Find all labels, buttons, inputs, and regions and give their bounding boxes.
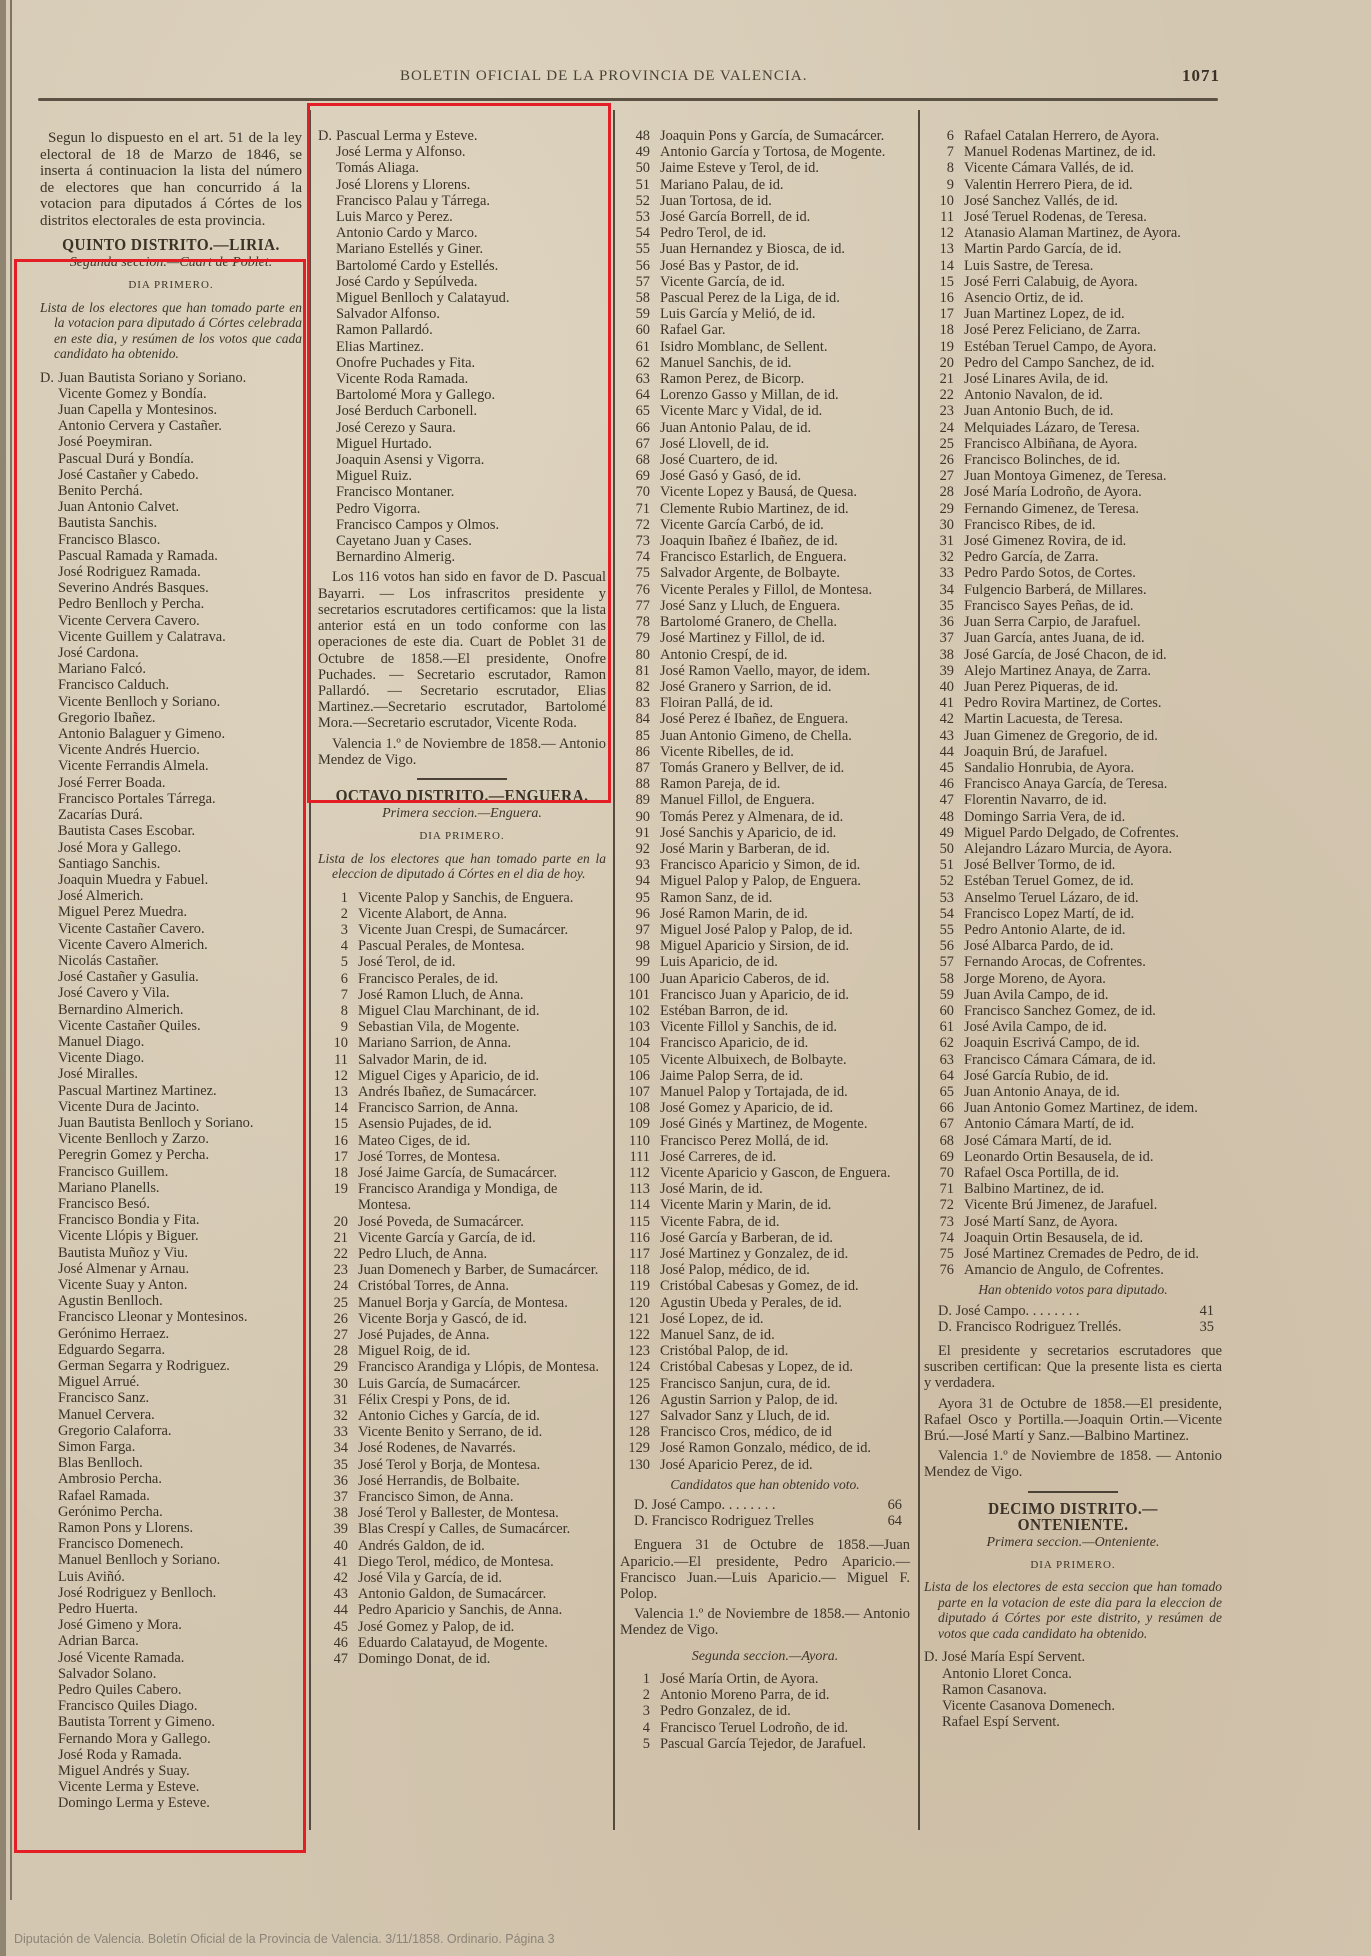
list-item: 66Juan Antonio Palau, de id. bbox=[620, 420, 910, 436]
elector-number: 91 bbox=[620, 825, 650, 841]
elector-number: 66 bbox=[924, 1100, 954, 1116]
elector-number: 49 bbox=[620, 144, 650, 160]
list-item: 54Pedro Terol, de id. bbox=[620, 225, 910, 241]
elector-number: 60 bbox=[924, 1003, 954, 1019]
elector-number: 23 bbox=[318, 1262, 348, 1278]
list-item: 105Vicente Albuixech, de Bolbayte. bbox=[620, 1052, 910, 1068]
list-item: 125Francisco Sanjun, cura, de id. bbox=[620, 1376, 910, 1392]
list-item: 41Pedro Rovira Martinez, de Cortes. bbox=[924, 695, 1222, 711]
list-item: 93Francisco Aparicio y Simon, de id. bbox=[620, 857, 910, 873]
intro-paragraph: Segun lo dispuesto en el art. 51 de la l… bbox=[40, 130, 302, 229]
list-item: 67José Llovell, de id. bbox=[620, 436, 910, 452]
list-item: 38José García, de José Chacon, de id. bbox=[924, 647, 1222, 663]
list-item: 81José Ramon Vaello, mayor, de idem. bbox=[620, 663, 910, 679]
elector-number: 55 bbox=[620, 241, 650, 257]
list-item: 84José Perez é Ibañez, de Enguera. bbox=[620, 711, 910, 727]
elector-number: 41 bbox=[318, 1554, 348, 1570]
elector-number: 109 bbox=[620, 1116, 650, 1132]
list-item: 50Jaime Esteve y Terol, de id. bbox=[620, 160, 910, 176]
elector-number: 119 bbox=[620, 1278, 650, 1294]
elector-number: 17 bbox=[318, 1149, 348, 1165]
list-item: 95Ramon Sanz, de id. bbox=[620, 890, 910, 906]
list-item: 47Florentin Navarro, de id. bbox=[924, 792, 1222, 808]
candidate-row: D. José Campo. . . . . . . .66 bbox=[634, 1497, 910, 1513]
elector-number: 105 bbox=[620, 1052, 650, 1068]
list-item: 83Floiran Pallá, de id. bbox=[620, 695, 910, 711]
list-item: 6Francisco Perales, de id. bbox=[318, 971, 606, 987]
list-item: 22Pedro Lluch, de Anna. bbox=[318, 1246, 606, 1262]
list-item: 9Sebastian Vila, de Mogente. bbox=[318, 1019, 606, 1035]
elector-number: 81 bbox=[620, 663, 650, 679]
elector-number: 68 bbox=[924, 1133, 954, 1149]
list-item: 127Salvador Sanz y Lluch, de id. bbox=[620, 1408, 910, 1424]
elector-number: 29 bbox=[318, 1359, 348, 1375]
list-item: 63Francisco Cámara Cámara, de id. bbox=[924, 1052, 1222, 1068]
list-item: 69José Gasó y Gasó, de id. bbox=[620, 468, 910, 484]
elector-number: 37 bbox=[924, 630, 954, 646]
list-item: 45Sandalio Honrubia, de Ayora. bbox=[924, 760, 1222, 776]
list-item: 29Fernando Gimenez, de Teresa. bbox=[924, 501, 1222, 517]
list-item: 104Francisco Aparicio, de id. bbox=[620, 1035, 910, 1051]
list-item: 59Luis García y Melió, de id. bbox=[620, 306, 910, 322]
elector-number: 13 bbox=[318, 1084, 348, 1100]
list-item: 80Antonio Crespí, de id. bbox=[620, 647, 910, 663]
highlight-box-quinto-col2 bbox=[307, 103, 611, 803]
column-divider bbox=[918, 110, 920, 1830]
elector-number: 53 bbox=[924, 890, 954, 906]
list-item: 13Martin Pardo García, de id. bbox=[924, 241, 1222, 257]
list-item: 61Isidro Momblanc, de Sellent. bbox=[620, 339, 910, 355]
candidate-name: D. José Campo. . . . . . . . bbox=[634, 1497, 776, 1513]
elector-number: 68 bbox=[620, 452, 650, 468]
elector-number: 7 bbox=[924, 144, 954, 160]
candidates-heading: Candidatos que han obtenido voto. bbox=[620, 1477, 910, 1493]
elector-number: 19 bbox=[318, 1181, 348, 1197]
elector-number: 62 bbox=[620, 355, 650, 371]
list-item: 103Vicente Fillol y Sanchis, de id. bbox=[620, 1019, 910, 1035]
elector-number: 84 bbox=[620, 711, 650, 727]
list-item: 90Tomás Perez y Almenara, de id. bbox=[620, 809, 910, 825]
elector-number: 47 bbox=[318, 1651, 348, 1667]
list-item: 34José Rodenes, de Navarrés. bbox=[318, 1440, 606, 1456]
list-item: 75José Martinez Cremades de Pedro, de id… bbox=[924, 1246, 1222, 1262]
list-item: 37Juan García, antes Juana, de id. bbox=[924, 630, 1222, 646]
elector-number: 111 bbox=[620, 1149, 650, 1165]
list-item: 119Cristóbal Cabesas y Gomez, de id. bbox=[620, 1278, 910, 1294]
elector-number: 41 bbox=[924, 695, 954, 711]
list-item: 64José García Rubio, de id. bbox=[924, 1068, 1222, 1084]
list-item: 74Francisco Estarlich, de Enguera. bbox=[620, 549, 910, 565]
elector-number: 22 bbox=[318, 1246, 348, 1262]
elector-number: 3 bbox=[318, 922, 348, 938]
day-heading: DIA PRIMERO. bbox=[318, 828, 606, 844]
elector-number: 8 bbox=[318, 1003, 348, 1019]
column-3: 48Joaquin Pons y García, de Sumacárcer.4… bbox=[620, 118, 910, 1752]
list-item: 36Juan Serra Carpio, de Jarafuel. bbox=[924, 614, 1222, 630]
elector-number: 118 bbox=[620, 1262, 650, 1278]
elector-number: 59 bbox=[620, 306, 650, 322]
elector-number: 44 bbox=[924, 744, 954, 760]
elector-number: 10 bbox=[318, 1035, 348, 1051]
list-item: 5Pascual García Tejedor, de Jarafuel. bbox=[620, 1736, 910, 1752]
list-item: 68José Cuartero, de id. bbox=[620, 452, 910, 468]
elector-number: 38 bbox=[924, 647, 954, 663]
elector-number: 59 bbox=[924, 987, 954, 1003]
list-item: 23Juan Domenech y Barber, de Sumacárcer. bbox=[318, 1262, 606, 1278]
list-item: 60Rafael Gar. bbox=[620, 322, 910, 338]
elector-number: 87 bbox=[620, 760, 650, 776]
elector-number: 74 bbox=[620, 549, 650, 565]
list-item: Ramon Casanova. bbox=[924, 1682, 1222, 1698]
elector-number: 70 bbox=[620, 484, 650, 500]
list-item: 35José Terol y Borja, de Montesa. bbox=[318, 1457, 606, 1473]
elector-number: 52 bbox=[620, 193, 650, 209]
list-item: 109José Ginés y Martinez, de Mogente. bbox=[620, 1116, 910, 1132]
list-item: 68José Cámara Martí, de id. bbox=[924, 1133, 1222, 1149]
elector-number: 27 bbox=[924, 468, 954, 484]
list-item: 17Juan Martinez Lopez, de id. bbox=[924, 306, 1222, 322]
elector-number: 26 bbox=[924, 452, 954, 468]
elector-number: 9 bbox=[924, 177, 954, 193]
list-item: 96José Ramon Marin, de id. bbox=[620, 906, 910, 922]
elector-number: 55 bbox=[924, 922, 954, 938]
elector-number: 7 bbox=[318, 987, 348, 1003]
elector-number: 69 bbox=[620, 468, 650, 484]
list-item: 65Vicente Marc y Vidal, de id. bbox=[620, 403, 910, 419]
elector-number: 107 bbox=[620, 1084, 650, 1100]
elector-number: 18 bbox=[318, 1165, 348, 1181]
elector-number: 5 bbox=[318, 954, 348, 970]
candidate-votes: D. José Campo. . . . . . . .66D. Francis… bbox=[634, 1497, 910, 1529]
elector-number: 122 bbox=[620, 1327, 650, 1343]
list-item: Antonio Lloret Conca. bbox=[924, 1666, 1222, 1682]
elector-number: 123 bbox=[620, 1343, 650, 1359]
list-item: 121José Lopez, de id. bbox=[620, 1311, 910, 1327]
elector-number: 20 bbox=[318, 1214, 348, 1230]
list-item: 8Miguel Clau Marchinant, de id. bbox=[318, 1003, 606, 1019]
elector-number: 45 bbox=[924, 760, 954, 776]
elector-number: 28 bbox=[924, 484, 954, 500]
list-item: 17José Torres, de Montesa. bbox=[318, 1149, 606, 1165]
list-item: 52Estéban Teruel Gomez, de id. bbox=[924, 873, 1222, 889]
list-item: 9Valentin Herrero Piera, de id. bbox=[924, 177, 1222, 193]
list-item: 67Antonio Cámara Martí, de id. bbox=[924, 1116, 1222, 1132]
list-item: 51Mariano Palau, de id. bbox=[620, 177, 910, 193]
elector-number: 58 bbox=[620, 290, 650, 306]
elector-number: 19 bbox=[924, 339, 954, 355]
elector-number: 114 bbox=[620, 1197, 650, 1213]
elector-number: 70 bbox=[924, 1165, 954, 1181]
elector-number: 46 bbox=[924, 776, 954, 792]
candidate-name: D. Francisco Rodriguez Trelles bbox=[634, 1513, 814, 1529]
elector-number: 9 bbox=[318, 1019, 348, 1035]
list-item: 42José Vila y García, de id. bbox=[318, 1570, 606, 1586]
list-item: 15Asensio Pujades, de id. bbox=[318, 1116, 606, 1132]
elector-number: 73 bbox=[620, 533, 650, 549]
elector-number: 97 bbox=[620, 922, 650, 938]
elector-number: 71 bbox=[924, 1181, 954, 1197]
list-item: D.José María Espí Servent. bbox=[924, 1649, 1222, 1665]
list-item: 30Luis García, de Sumacárcer. bbox=[318, 1376, 606, 1392]
candidate-row: D. José Campo. . . . . . . .41 bbox=[938, 1303, 1222, 1319]
elector-number: 16 bbox=[318, 1133, 348, 1149]
elector-number: 50 bbox=[924, 841, 954, 857]
candidates-heading: Han obtenido votos para diputado. bbox=[924, 1282, 1222, 1298]
elector-number: 32 bbox=[924, 549, 954, 565]
certification: El presidente y secretarios escrutadores… bbox=[924, 1343, 1222, 1392]
list-item: 82José Granero y Sarrion, de id. bbox=[620, 679, 910, 695]
elector-number: 99 bbox=[620, 954, 650, 970]
elector-number: 14 bbox=[924, 258, 954, 274]
list-item: 37Francisco Simon, de Anna. bbox=[318, 1489, 606, 1505]
elector-number: 37 bbox=[318, 1489, 348, 1505]
elector-number: 88 bbox=[620, 776, 650, 792]
list-item: 39Blas Crespí y Calles, de Sumacárcer. bbox=[318, 1521, 606, 1537]
elector-number: 12 bbox=[924, 225, 954, 241]
elector-number: 117 bbox=[620, 1246, 650, 1262]
signature: Valencia 1.º de Noviembre de 1858. — Ant… bbox=[924, 1448, 1222, 1480]
list-item: 53José García Borrell, de id. bbox=[620, 209, 910, 225]
candidate-votes-count: 66 bbox=[888, 1497, 902, 1513]
list-item: 76Amancio de Angulo, de Cofrentes. bbox=[924, 1262, 1222, 1278]
list-item: 11José Teruel Rodenas, de Teresa. bbox=[924, 209, 1222, 225]
list-item: 43Juan Gimenez de Gregorio, de id. bbox=[924, 728, 1222, 744]
list-item: 52Juan Tortosa, de id. bbox=[620, 193, 910, 209]
elector-number: 21 bbox=[924, 371, 954, 387]
list-item: 15José Ferri Calabuig, de Ayora. bbox=[924, 274, 1222, 290]
vote-summary: Enguera 31 de Octubre de 1858.—Juan Apar… bbox=[620, 1537, 910, 1602]
list-item: 18José Perez Feliciano, de Zarra. bbox=[924, 322, 1222, 338]
list-item: 113José Marin, de id. bbox=[620, 1181, 910, 1197]
list-item: 124Cristóbal Cabesas y Lopez, de id. bbox=[620, 1359, 910, 1375]
list-item: 107Manuel Palop y Tortajada, de id. bbox=[620, 1084, 910, 1100]
elector-number: 21 bbox=[318, 1230, 348, 1246]
page-header: BOLETIN OFICIAL DE LA PROVINCIA DE VALEN… bbox=[40, 66, 1220, 90]
elector-number: 79 bbox=[620, 630, 650, 646]
list-item: 60Francisco Sanchez Gomez, de id. bbox=[924, 1003, 1222, 1019]
list-description: Lista de los electores de esta seccion q… bbox=[924, 1579, 1222, 1641]
list-item: 5José Terol, de id. bbox=[318, 954, 606, 970]
elector-number: 67 bbox=[620, 436, 650, 452]
list-item: 56José Bas y Pastor, de id. bbox=[620, 258, 910, 274]
column-divider bbox=[613, 110, 615, 1830]
elector-number: 103 bbox=[620, 1019, 650, 1035]
elector-number: 29 bbox=[924, 501, 954, 517]
list-item: 87Tomás Granero y Bellver, de id. bbox=[620, 760, 910, 776]
list-item: 3Vicente Juan Crespi, de Sumacárcer. bbox=[318, 922, 606, 938]
list-item: 100Juan Aparicio Caberos, de id. bbox=[620, 971, 910, 987]
list-item: 50Alejandro Lázaro Murcia, de Ayora. bbox=[924, 841, 1222, 857]
list-item: 2Vicente Alabort, de Anna. bbox=[318, 906, 606, 922]
elector-number: 4 bbox=[318, 938, 348, 954]
list-item: 57Fernando Arocas, de Cofrentes. bbox=[924, 954, 1222, 970]
list-item: 25Manuel Borja y García, de Montesa. bbox=[318, 1295, 606, 1311]
elector-number: 61 bbox=[924, 1019, 954, 1035]
list-item: 4Francisco Teruel Lodroño, de id. bbox=[620, 1720, 910, 1736]
list-item: 10Mariano Sarrion, de Anna. bbox=[318, 1035, 606, 1051]
elector-number: 6 bbox=[318, 971, 348, 987]
candidate-row: D. Francisco Rodriguez Trelles64 bbox=[634, 1513, 910, 1529]
list-item: 101Francisco Juan y Aparicio, de id. bbox=[620, 987, 910, 1003]
elector-number: 57 bbox=[924, 954, 954, 970]
elector-number: 13 bbox=[924, 241, 954, 257]
elector-number: 34 bbox=[924, 582, 954, 598]
list-item: 126Agustin Sarrion y Palop, de id. bbox=[620, 1392, 910, 1408]
candidate-votes-count: 35 bbox=[1200, 1319, 1214, 1335]
list-item: 92José Marin y Barberan, de id. bbox=[620, 841, 910, 857]
elector-number: 127 bbox=[620, 1408, 650, 1424]
elector-number: 10 bbox=[924, 193, 954, 209]
list-item: 62Manuel Sanchis, de id. bbox=[620, 355, 910, 371]
list-item: 24Melquiades Lázaro, de Teresa. bbox=[924, 420, 1222, 436]
elector-number: 124 bbox=[620, 1359, 650, 1375]
list-item: 41Diego Terol, médico, de Montesa. bbox=[318, 1554, 606, 1570]
list-item: 7Manuel Rodenas Martinez, de id. bbox=[924, 144, 1222, 160]
list-item: 73José Martí Sanz, de Ayora. bbox=[924, 1214, 1222, 1230]
list-item: 48Domingo Sarria Vera, de id. bbox=[924, 809, 1222, 825]
list-item: 122Manuel Sanz, de id. bbox=[620, 1327, 910, 1343]
elector-number: 77 bbox=[620, 598, 650, 614]
list-item: 14Luis Sastre, de Teresa. bbox=[924, 258, 1222, 274]
elector-number: 38 bbox=[318, 1505, 348, 1521]
list-item: 64Lorenzo Gasso y Millan, de id. bbox=[620, 387, 910, 403]
list-item: 44Joaquin Brú, de Jarafuel. bbox=[924, 744, 1222, 760]
elector-number: 56 bbox=[924, 938, 954, 954]
list-item: 42Martin Lacuesta, de Teresa. bbox=[924, 711, 1222, 727]
list-item: 86Vicente Ribelles, de id. bbox=[620, 744, 910, 760]
elector-number: 63 bbox=[620, 371, 650, 387]
list-item: 27Juan Montoya Gimenez, de Teresa. bbox=[924, 468, 1222, 484]
elector-number: 86 bbox=[620, 744, 650, 760]
elector-number: 90 bbox=[620, 809, 650, 825]
elector-number: 129 bbox=[620, 1440, 650, 1456]
elector-number: 39 bbox=[318, 1521, 348, 1537]
elector-number: 56 bbox=[620, 258, 650, 274]
list-item: 130José Aparicio Perez, de id. bbox=[620, 1457, 910, 1473]
numbered-elector-list: 1Vicente Palop y Sanchis, de Enguera.2Vi… bbox=[318, 890, 606, 1668]
list-item: 72Vicente García Carbó, de id. bbox=[620, 517, 910, 533]
list-item: 54Francisco Lopez Martí, de id. bbox=[924, 906, 1222, 922]
list-item: 28Miguel Roig, de id. bbox=[318, 1343, 606, 1359]
list-item: 12Atanasio Alaman Martinez, de Ayora. bbox=[924, 225, 1222, 241]
elector-number: 110 bbox=[620, 1133, 650, 1149]
list-item: 55Pedro Antonio Alarte, de id. bbox=[924, 922, 1222, 938]
elector-number: 120 bbox=[620, 1295, 650, 1311]
elector-number: 76 bbox=[924, 1262, 954, 1278]
elector-number: 14 bbox=[318, 1100, 348, 1116]
page-number: 1071 bbox=[1182, 66, 1220, 86]
list-item: 77José Sanz y Lluch, de Enguera. bbox=[620, 598, 910, 614]
list-item: 117José Martinez y Gonzalez, de id. bbox=[620, 1246, 910, 1262]
list-item: 25Francisco Albiñana, de Ayora. bbox=[924, 436, 1222, 452]
list-item: 46Francisco Anaya García, de Teresa. bbox=[924, 776, 1222, 792]
candidate-name: D. Francisco Rodriguez Trellés. bbox=[938, 1319, 1121, 1335]
list-item: 18José Jaime García, de Sumacárcer. bbox=[318, 1165, 606, 1181]
signature: Valencia 1.º de Noviembre de 1858.— Anto… bbox=[620, 1606, 910, 1638]
elector-number: 126 bbox=[620, 1392, 650, 1408]
elector-number: 69 bbox=[924, 1149, 954, 1165]
elector-number: 20 bbox=[924, 355, 954, 371]
elector-number: 3 bbox=[620, 1703, 650, 1719]
district-heading: QUINTO DISTRITO.—LIRIA. bbox=[53, 237, 289, 253]
elector-number: 11 bbox=[318, 1052, 348, 1068]
elector-number: 116 bbox=[620, 1230, 650, 1246]
elector-number: 28 bbox=[318, 1343, 348, 1359]
list-item: 14Francisco Sarrion, de Anna. bbox=[318, 1100, 606, 1116]
list-item: 108José Gomez y Aparicio, de id. bbox=[620, 1100, 910, 1116]
elector-number: 65 bbox=[620, 403, 650, 419]
elector-number: 51 bbox=[924, 857, 954, 873]
elector-number: 11 bbox=[924, 209, 954, 225]
list-item: 94Miguel Palop y Palop, de Enguera. bbox=[620, 873, 910, 889]
elector-number: 44 bbox=[318, 1602, 348, 1618]
elector-number: 42 bbox=[318, 1570, 348, 1586]
elector-number: 52 bbox=[924, 873, 954, 889]
list-item: 31Félix Crespi y Pons, de id. bbox=[318, 1392, 606, 1408]
list-item: 99Luis Aparicio, de id. bbox=[620, 954, 910, 970]
list-item: 26Francisco Bolinches, de id. bbox=[924, 452, 1222, 468]
list-item: 29Francisco Arandiga y Llópis, de Montes… bbox=[318, 1359, 606, 1375]
elector-number: 72 bbox=[620, 517, 650, 533]
list-item: 88Ramon Pareja, de id. bbox=[620, 776, 910, 792]
list-item: 97Miguel José Palop y Palop, de id. bbox=[620, 922, 910, 938]
list-item: 123Cristóbal Palop, de id. bbox=[620, 1343, 910, 1359]
elector-number: 89 bbox=[620, 792, 650, 808]
list-item: 26Vicente Borja y Gascó, de id. bbox=[318, 1311, 606, 1327]
list-item: 19Estéban Teruel Campo, de Ayora. bbox=[924, 339, 1222, 355]
elector-number: 18 bbox=[924, 322, 954, 338]
list-item: 120Agustin Ubeda y Perales, de id. bbox=[620, 1295, 910, 1311]
list-item: 76Vicente Perales y Fillol, de Montesa. bbox=[620, 582, 910, 598]
elector-number: 83 bbox=[620, 695, 650, 711]
elector-number: 12 bbox=[318, 1068, 348, 1084]
decimo-distrito-section: DECIMO DISTRITO.—ONTENIENTE. Primera sec… bbox=[924, 1501, 1222, 1731]
page-binding-edge bbox=[0, 0, 6, 1956]
elector-number: 25 bbox=[924, 436, 954, 452]
numbered-elector-list-continued: 48Joaquin Pons y García, de Sumacárcer.4… bbox=[620, 128, 910, 1473]
column-4: 6Rafael Catalan Herrero, de Ayora.7Manue… bbox=[924, 118, 1222, 1730]
elector-number: 23 bbox=[924, 403, 954, 419]
elector-number: 66 bbox=[620, 420, 650, 436]
list-item: 110Francisco Perez Mollá, de id. bbox=[620, 1133, 910, 1149]
elector-number: 62 bbox=[924, 1035, 954, 1051]
elector-number: 2 bbox=[620, 1687, 650, 1703]
elector-number: 58 bbox=[924, 971, 954, 987]
list-item: 89Manuel Fillol, de Enguera. bbox=[620, 792, 910, 808]
elector-number: 75 bbox=[924, 1246, 954, 1262]
elector-number: 45 bbox=[318, 1619, 348, 1635]
elector-number: 128 bbox=[620, 1424, 650, 1440]
elector-number: 85 bbox=[620, 728, 650, 744]
elector-number: 36 bbox=[924, 614, 954, 630]
elector-number: 1 bbox=[620, 1671, 650, 1687]
elector-number: 125 bbox=[620, 1376, 650, 1392]
highlight-box-edge bbox=[302, 803, 306, 1853]
elector-number: 64 bbox=[924, 1068, 954, 1084]
list-item: 128Francisco Cros, médico, de id bbox=[620, 1424, 910, 1440]
list-item: 45José Gomez y Palop, de id. bbox=[318, 1619, 606, 1635]
list-item: 49Antonio García y Tortosa, de Mogente. bbox=[620, 144, 910, 160]
list-item: 19Francisco Arandiga y Mondiga, de Monte… bbox=[318, 1181, 606, 1213]
list-item: 11Salvador Marin, de id. bbox=[318, 1052, 606, 1068]
list-item: 23Juan Antonio Buch, de id. bbox=[924, 403, 1222, 419]
list-item: 13Andrés Ibañez, de Sumacárcer. bbox=[318, 1084, 606, 1100]
elector-number: 112 bbox=[620, 1165, 650, 1181]
list-item: 116José García y Barberan, de id. bbox=[620, 1230, 910, 1246]
elector-number: 121 bbox=[620, 1311, 650, 1327]
list-item: 27José Pujades, de Anna. bbox=[318, 1327, 606, 1343]
list-item: 6Rafael Catalan Herrero, de Ayora. bbox=[924, 128, 1222, 144]
